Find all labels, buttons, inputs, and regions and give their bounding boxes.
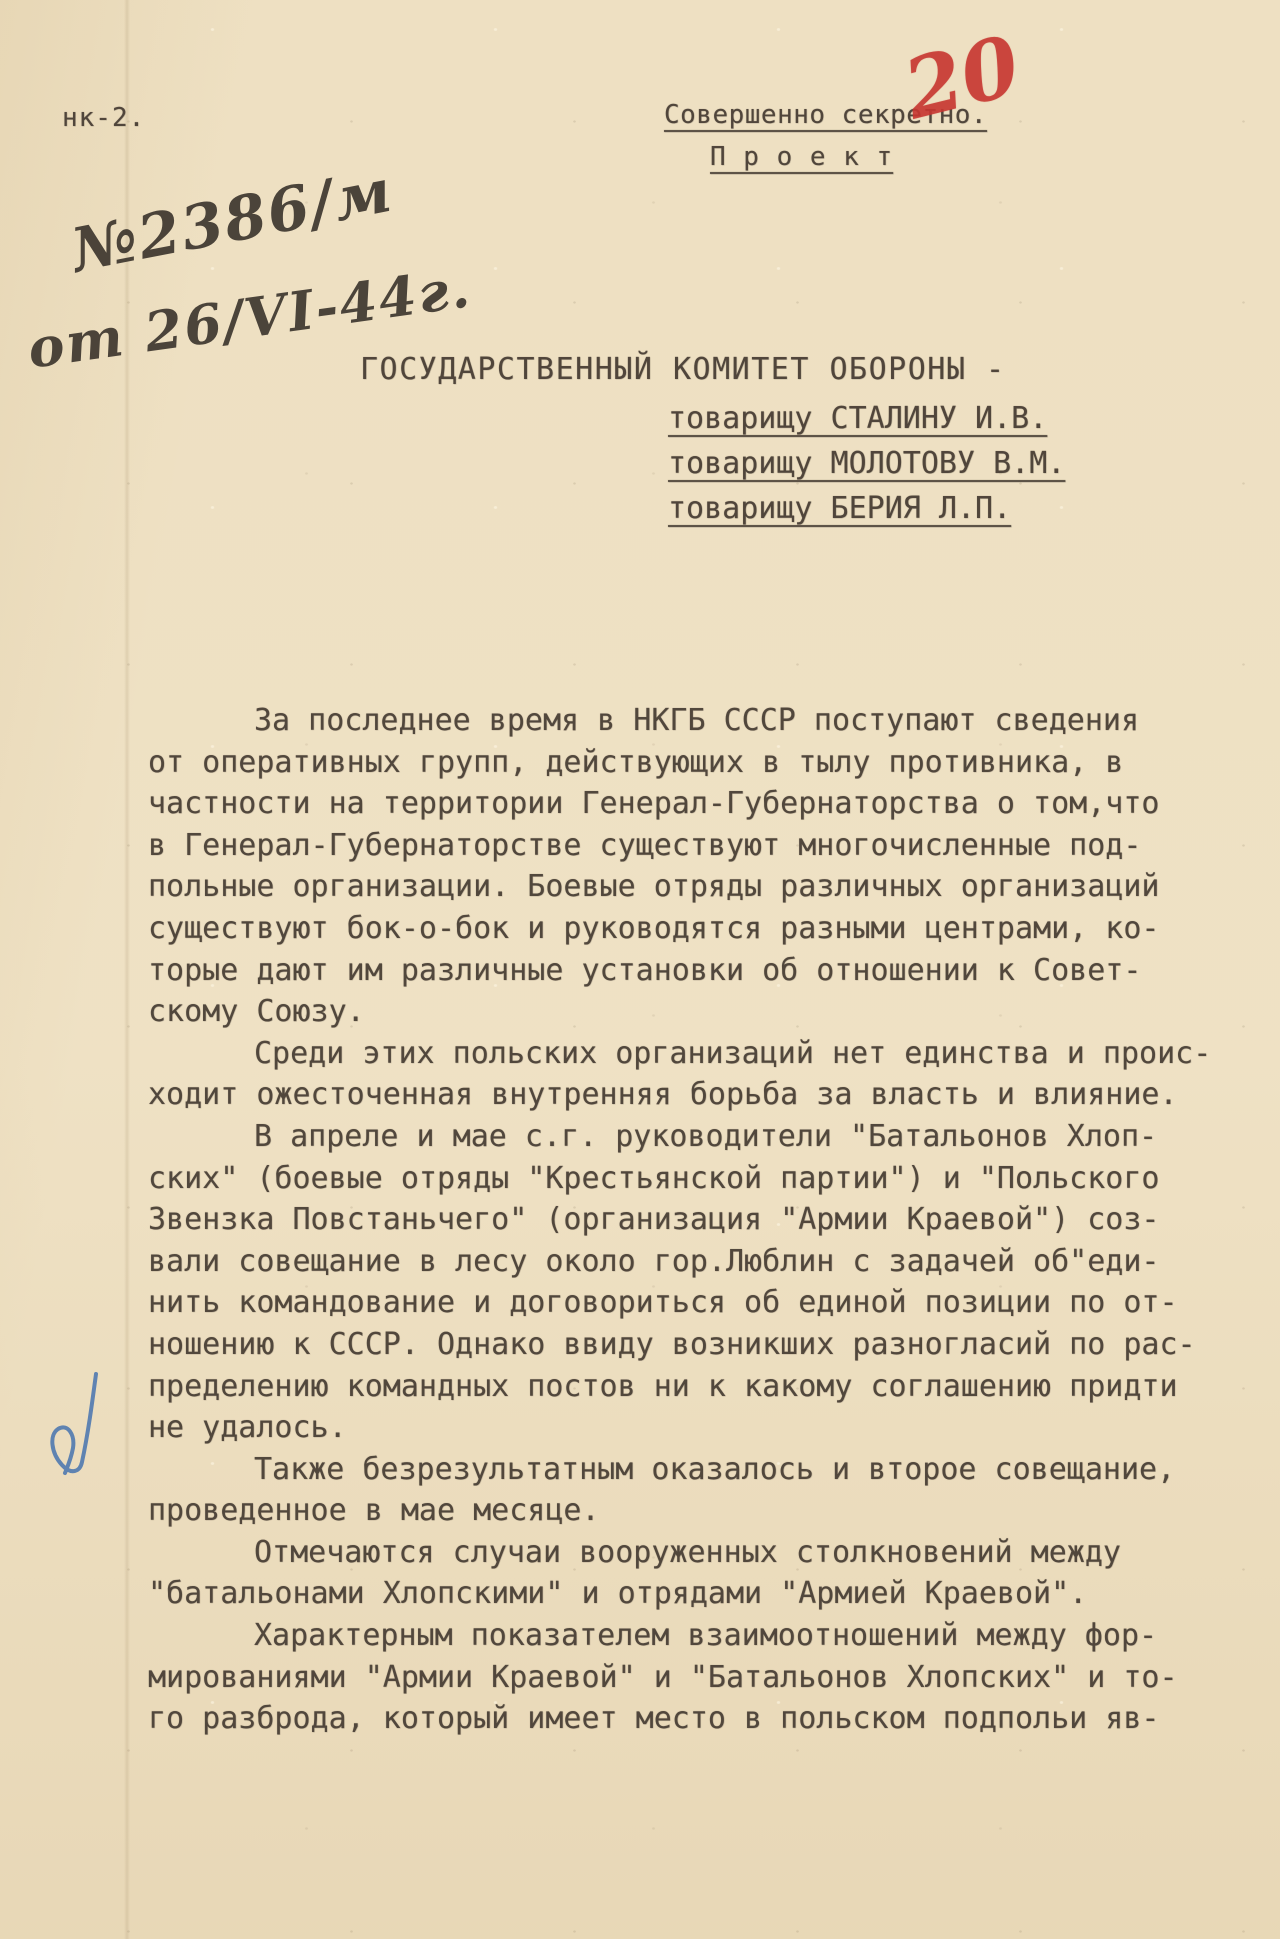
addressee-molotov: товарищу МОЛОТОВУ В.М. [668,441,1065,486]
addressee-header: ГОСУДАРСТВЕННЫЙ КОМИТЕТ ОБОРОНЫ - [360,352,1006,387]
addressee-list: товарищу СТАЛИНУ И.В. товарищу МОЛОТОВУ … [668,396,1065,531]
paper-crease [124,0,130,1939]
handwritten-registration-number: №2386/м [66,156,399,287]
typed-line: "батальонами Хлопскими" и отрядами "Арми… [148,1573,1223,1615]
typed-line: вали совещание в лесу около гор.Люблин с… [148,1241,1223,1283]
typed-line: го разброда, который имеет место в польс… [148,1698,1223,1740]
typed-line: ходит ожесточенная внутренняя борьба за … [148,1074,1223,1116]
document-body: За последнее время в НКГБ СССР поступают… [148,700,1223,1740]
typed-line: Характерным показателем взаимоотношений … [148,1615,1223,1657]
typed-line: польные организации. Боевые отряды разли… [148,866,1223,908]
typed-line: ских" (боевые отряды "Крестьянской парти… [148,1158,1223,1200]
typed-line: Также безрезультатным оказалось и второе… [148,1449,1223,1491]
typed-line: мированиями "Армии Краевой" и "Батальоно… [148,1657,1223,1699]
typed-line: Отмечаются случаи вооруженных столкновен… [148,1532,1223,1574]
handwritten-checkmark-icon [40,1372,112,1490]
file-code: нк-2. [62,103,145,133]
typed-line: частности на территории Генерал-Губернат… [148,783,1223,825]
typed-line: не удалось. [148,1407,1223,1449]
draft-label: П р о е к т [710,142,893,172]
typed-line: торые дают им различные установки об отн… [148,950,1223,992]
typed-line: скому Союзу. [148,991,1223,1033]
typed-line: в Генерал-Губернаторстве существуют мног… [148,825,1223,867]
typed-line: нить командование и договориться об един… [148,1282,1223,1324]
addressee-beria: товарищу БЕРИЯ Л.П. [668,486,1065,531]
typed-line: За последнее время в НКГБ СССР поступают… [148,700,1223,742]
typed-line: Среди этих польских организаций нет един… [148,1033,1223,1075]
document-page: нк-2. Совершенно секретно. П р о е к т 2… [0,0,1280,1939]
handwritten-page-number: 20 [895,18,1029,139]
typed-line: пределению командных постов ни к какому … [148,1366,1223,1408]
typed-line: ношению к СССР. Однако ввиду возникших р… [148,1324,1223,1366]
typed-line: существуют бок-о-бок и руководятся разны… [148,908,1223,950]
typed-line: проведенное в мае месяце. [148,1490,1223,1532]
typed-line: Звензка Повстаньчего" (организация "Арми… [148,1199,1223,1241]
addressee-stalin: товарищу СТАЛИНУ И.В. [668,396,1065,441]
typed-line: В апреле и мае с.г. руководители "Баталь… [148,1116,1223,1158]
typed-line: от оперативных групп, действующих в тылу… [148,742,1223,784]
